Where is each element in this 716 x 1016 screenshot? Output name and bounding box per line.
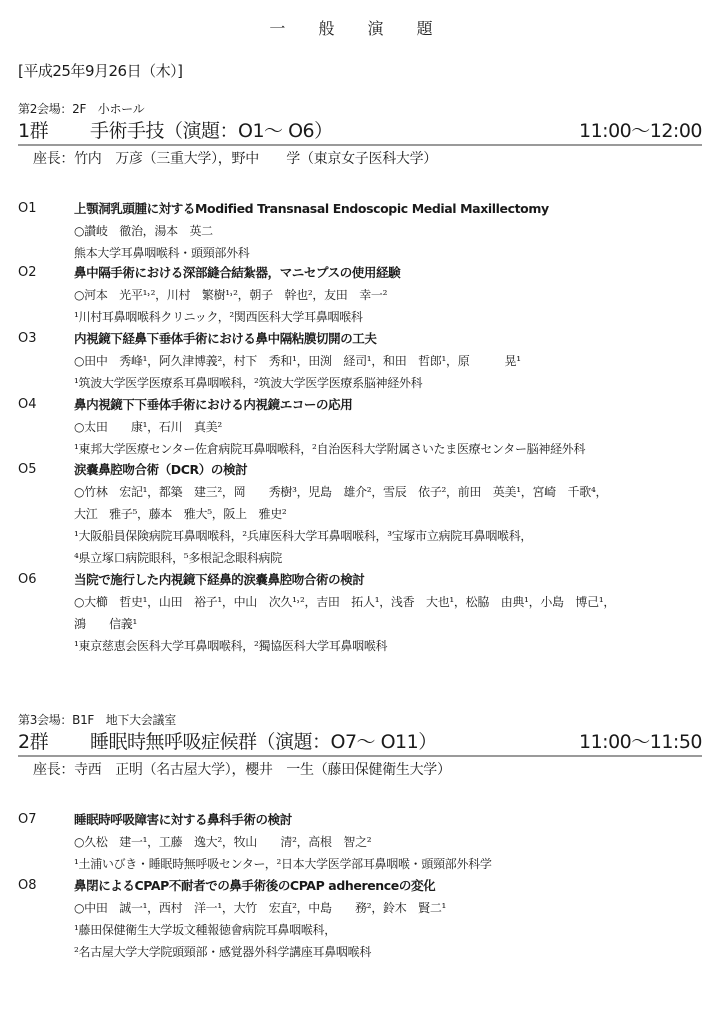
abstract-o4: O4鼻内視鏡下下垂体手術における内視鏡エコーの応用 ○太田 康¹，石川 真美² … [18, 394, 708, 460]
author-line: ○竹林 宏記¹，都築 建三²，岡 秀樹³，児島 雄介²，雪辰 依子²，前田 英美… [74, 481, 708, 503]
affiliation-line: ¹川村耳鼻咽喉科クリニック，²関西医科大学耳鼻咽喉科 [74, 306, 708, 328]
abstract-o8: O8鼻閉によるCPAP不耐者での鼻手術後のCPAP adherenceの変化 ○… [18, 875, 708, 963]
author-line: 鴻 信義¹ [74, 613, 708, 635]
abstract-o6: O6当院で施行した内視鏡下経鼻的涙嚢鼻腔吻合術の検討 ○大櫛 哲史¹，山田 裕子… [18, 569, 708, 657]
author-line: ○田中 秀峰¹，阿久津博義²，村下 秀和¹，田渕 経司¹，和田 哲郎¹，原 晃¹ [74, 350, 708, 372]
abstract-title: 当院で施行した内視鏡下経鼻的涙嚢鼻腔吻合術の検討 [74, 569, 364, 591]
abstract-id: O8 [18, 875, 74, 897]
author-line: 大江 雅子⁵，藤本 雅大⁵，阪上 雅史² [74, 503, 708, 525]
session-date: [平成25年9月26日（木）] [18, 60, 182, 81]
abstract-title: 鼻中隔手術における深部縫合結紮器，マニセプスの使用経験 [74, 262, 400, 284]
abstract-title: 睡眠時呼吸障害に対する鼻科手術の検討 [74, 809, 292, 831]
abstract-id: O2 [18, 262, 74, 284]
chair-line: 座長：竹内 万彦（三重大学），野中 学（東京女子医科大学） [18, 146, 702, 172]
abstract-id: O1 [18, 198, 74, 220]
session-group-1: 第2会場：2F 小ホール 1群 手術手技（演題：O1〜 O6） 11:00〜12… [18, 100, 702, 172]
affiliation-line: ¹東京慈恵会医科大学耳鼻咽喉科，²獨協医科大学耳鼻咽喉科 [74, 635, 708, 657]
chair-line: 座長：寺西 正明（名古屋大学），櫻井 一生（藤田保健衛生大学） [18, 757, 702, 783]
group-header: 1群 手術手技（演題：O1〜 O6） 11:00〜12:00 [18, 118, 702, 146]
affiliation-line: ¹土浦いびき・睡眠時無呼吸センター，²日本大学医学部耳鼻咽喉・頭頸部外科学 [74, 853, 708, 875]
author-line: ○河本 光平¹˒²，川村 繁樹¹˒²，朝子 幹也²，友田 幸一² [74, 284, 708, 306]
abstract-id: O4 [18, 394, 74, 416]
page-title: 一 般 演 題 [0, 16, 716, 39]
abstract-o3: O3内視鏡下経鼻下垂体手術における鼻中隔粘膜切開の工夫 ○田中 秀峰¹，阿久津博… [18, 328, 708, 394]
affiliation-line: ⁴県立塚口病院眼科，⁵多根記念眼科病院 [74, 547, 708, 569]
abstract-o2: O2鼻中隔手術における深部縫合結紮器，マニセプスの使用経験 ○河本 光平¹˒²，… [18, 262, 708, 328]
author-line: ○讃岐 徹治，湯本 英二 [74, 220, 708, 242]
venue-label: 第2会場：2F 小ホール [18, 100, 702, 118]
affiliation-line: 熊本大学耳鼻咽喉科・頭頸部外科 [74, 242, 708, 264]
group-time: 11:00〜12:00 [579, 118, 702, 144]
author-line: ○太田 康¹，石川 真美² [74, 416, 708, 438]
affiliation-line: ¹筑波大学医学医療系耳鼻咽喉科，²筑波大学医学医療系脳神経外科 [74, 372, 708, 394]
abstract-id: O7 [18, 809, 74, 831]
abstract-id: O5 [18, 459, 74, 481]
venue-label: 第3会場：B1F 地下大会議室 [18, 711, 702, 729]
session-group-2: 第3会場：B1F 地下大会議室 2群 睡眠時無呼吸症候群（演題：O7〜 O11）… [18, 711, 702, 783]
abstract-title: 内視鏡下経鼻下垂体手術における鼻中隔粘膜切開の工夫 [74, 328, 377, 350]
abstract-o5: O5涙嚢鼻腔吻合術（DCR）の検討 ○竹林 宏記¹，都築 建三²，岡 秀樹³，児… [18, 459, 708, 569]
group-title: 睡眠時無呼吸症候群（演題：O7〜 O11） [90, 729, 579, 755]
group-time: 11:00〜11:50 [579, 729, 702, 755]
affiliation-line: ¹東邦大学医療センター佐倉病院耳鼻咽喉科，²自治医科大学附属さいたま医療センター… [74, 438, 708, 460]
group-title: 手術手技（演題：O1〜 O6） [90, 118, 579, 144]
affiliation-line: ¹大阪船員保険病院耳鼻咽喉科，²兵庫医科大学耳鼻咽喉科，³宝塚市立病院耳鼻咽喉科… [74, 525, 708, 547]
abstract-o1: O1上顎洞乳頭腫に対するModified Transnasal Endoscop… [18, 198, 708, 264]
abstract-id: O3 [18, 328, 74, 350]
abstract-title: 涙嚢鼻腔吻合術（DCR）の検討 [74, 459, 247, 481]
group-header: 2群 睡眠時無呼吸症候群（演題：O7〜 O11） 11:00〜11:50 [18, 729, 702, 757]
author-line: ○中田 誠一¹，西村 洋一¹，大竹 宏直²，中島 務²，鈴木 賢二¹ [74, 897, 708, 919]
group-number: 2群 [18, 729, 90, 755]
abstract-id: O6 [18, 569, 74, 591]
author-line: ○大櫛 哲史¹，山田 裕子¹，中山 次久¹˒²，吉田 拓人¹，浅香 大也¹，松脇… [74, 591, 708, 613]
abstract-title: 鼻内視鏡下下垂体手術における内視鏡エコーの応用 [74, 394, 352, 416]
affiliation-line: ¹藤田保健衛生大学坂文種報徳會病院耳鼻咽喉科， [74, 919, 708, 941]
abstract-title: 鼻閉によるCPAP不耐者での鼻手術後のCPAP adherenceの変化 [74, 875, 435, 897]
group-number: 1群 [18, 118, 90, 144]
abstract-title: 上顎洞乳頭腫に対するModified Transnasal Endoscopic… [74, 198, 549, 220]
abstract-o7: O7睡眠時呼吸障害に対する鼻科手術の検討 ○久松 建一¹，工藤 逸大²，牧山 清… [18, 809, 708, 875]
author-line: ○久松 建一¹，工藤 逸大²，牧山 清²，高根 智之² [74, 831, 708, 853]
affiliation-line: ²名古屋大学大学院頭頸部・感覚器外科学講座耳鼻咽喉科 [74, 941, 708, 963]
